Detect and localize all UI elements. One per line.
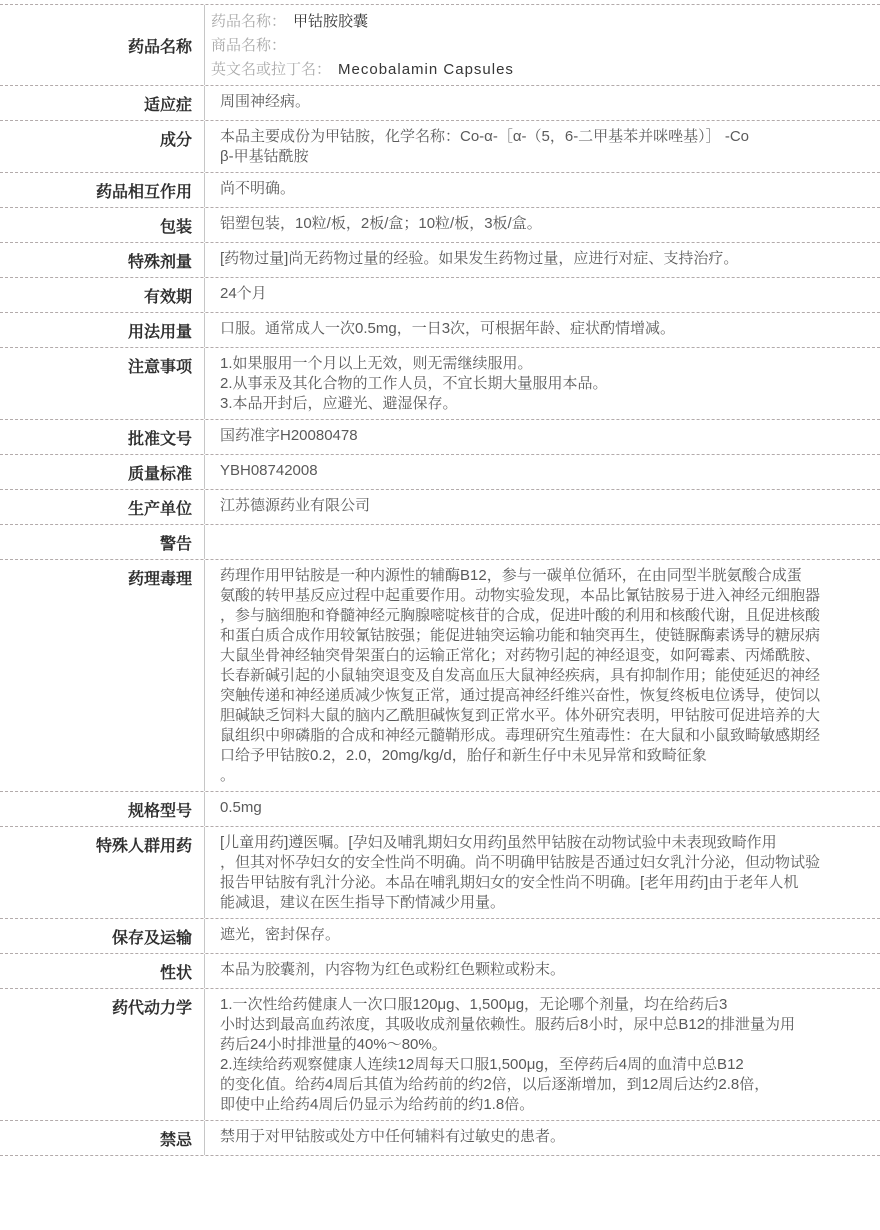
row-label: 药品相互作用 xyxy=(0,173,205,207)
table-row-storage-transport: 保存及运输 遮光，密封保存。 xyxy=(0,919,880,954)
row-content: 0.5mg xyxy=(205,792,880,826)
table-row-contraindications: 禁忌 禁用于对甲钴胺或处方中任何辅料有过敏史的患者。 xyxy=(0,1121,880,1156)
row-content: 本品为胶囊剂，内容物为红色或粉红色颗粒或粉末。 xyxy=(205,954,880,988)
row-content: 本品主要成份为甲钴胺，化学名称：Co-α-［α-（5，6-二甲基苯并咪唑基）］ … xyxy=(205,121,880,172)
row-label: 用法用量 xyxy=(0,313,205,347)
row-label-text: 药品名称 xyxy=(128,34,192,57)
row-content: 1.如果服用一个月以上无效，则无需继续服用。 2.从事汞及其化合物的工作人员，不… xyxy=(205,348,880,419)
field-key: 药品名称： xyxy=(211,13,286,30)
row-label: 质量标准 xyxy=(0,455,205,489)
row-label: 包装 xyxy=(0,208,205,242)
table-row-manufacturer: 生产单位 江苏德源药业有限公司 xyxy=(0,490,880,525)
table-row-quality-standard: 质量标准 YBH08742008 xyxy=(0,455,880,490)
row-label: 成分 xyxy=(0,121,205,172)
row-content: [药物过量]尚无药物过量的经验。如果发生药物过量，应进行对症、支持治疗。 xyxy=(205,243,880,277)
field-value: Mecobalamin Capsules xyxy=(338,61,514,78)
row-content: 铝塑包装，10粒/板，2板/盒；10粒/板，3板/盒。 xyxy=(205,208,880,242)
row-content: 江苏德源药业有限公司 xyxy=(205,490,880,524)
table-row-specification: 规格型号 0.5mg xyxy=(0,792,880,827)
table-row-special-dose: 特殊剂量 [药物过量]尚无药物过量的经验。如果发生药物过量，应进行对症、支持治疗… xyxy=(0,243,880,278)
row-content: 24个月 xyxy=(205,278,880,312)
table-row-pharmacology-toxicology: 药理毒理 药理作用甲钴胺是一种内源性的辅酶B12，参与一碳单位循环，在由同型半胱… xyxy=(0,560,880,792)
table-row-dosage: 用法用量 口服。通常成人一次0.5mg，一日3次，可根据年龄、症状酌情增减。 xyxy=(0,313,880,348)
row-content: 周围神经病。 xyxy=(205,86,880,120)
row-content: 药品名称：甲钴胺胶囊 商品名称： 英文名或拉丁名：Mecobalamin Cap… xyxy=(205,5,880,85)
row-content: 1.一次性给药健康人一次口服120μg、1,500μg，无论哪个剂量，均在给药后… xyxy=(205,989,880,1120)
field-key: 商品名称： xyxy=(211,37,286,54)
row-label: 性状 xyxy=(0,954,205,988)
row-label: 药代动力学 xyxy=(0,989,205,1120)
table-row-indications: 适应症 周围神经病。 xyxy=(0,86,880,121)
row-label: 保存及运输 xyxy=(0,919,205,953)
row-content: 国药准字H20080478 xyxy=(205,420,880,454)
row-content: 口服。通常成人一次0.5mg，一日3次，可根据年龄、症状酌情增减。 xyxy=(205,313,880,347)
row-content: 药理作用甲钴胺是一种内源性的辅酶B12，参与一碳单位循环，在由同型半胱氨酸合成蛋… xyxy=(205,560,880,791)
field-key: 英文名或拉丁名： xyxy=(211,61,331,78)
row-label: 有效期 xyxy=(0,278,205,312)
row-content: YBH08742008 xyxy=(205,455,880,489)
row-label: 特殊人群用药 xyxy=(0,827,205,918)
drug-info-table: 药品名称 药品名称：甲钴胺胶囊 商品名称： 英文名或拉丁名：Mecobalami… xyxy=(0,4,880,1156)
row-label: 警告 xyxy=(0,525,205,559)
row-content: [儿童用药]遵医嘱。[孕妇及哺乳期妇女用药]虽然甲钴胺在动物试验中未表现致畸作用… xyxy=(205,827,880,918)
table-row-ingredients: 成分 本品主要成份为甲钴胺，化学名称：Co-α-［α-（5，6-二甲基苯并咪唑基… xyxy=(0,121,880,173)
table-row-drug-name: 药品名称 药品名称：甲钴胺胶囊 商品名称： 英文名或拉丁名：Mecobalami… xyxy=(0,5,880,86)
row-label: 适应症 xyxy=(0,86,205,120)
row-content: 尚不明确。 xyxy=(205,173,880,207)
table-row-approval-number: 批准文号 国药准字H20080478 xyxy=(0,420,880,455)
row-label: 注意事项 xyxy=(0,348,205,419)
table-row-packaging: 包装 铝塑包装，10粒/板，2板/盒；10粒/板，3板/盒。 xyxy=(0,208,880,243)
table-row-description: 性状 本品为胶囊剂，内容物为红色或粉红色颗粒或粉末。 xyxy=(0,954,880,989)
row-label: 规格型号 xyxy=(0,792,205,826)
field-value: 甲钴胺胶囊 xyxy=(293,13,368,30)
row-label: 药品名称 xyxy=(0,5,205,85)
row-content xyxy=(205,525,880,559)
trade-name-line: 商品名称： xyxy=(211,34,868,58)
table-row-precautions: 注意事项 1.如果服用一个月以上无效，则无需继续服用。 2.从事汞及其化合物的工… xyxy=(0,348,880,420)
table-row-shelf-life: 有效期 24个月 xyxy=(0,278,880,313)
drug-name-line: 药品名称：甲钴胺胶囊 xyxy=(211,10,868,34)
row-label: 生产单位 xyxy=(0,490,205,524)
table-row-drug-interactions: 药品相互作用 尚不明确。 xyxy=(0,173,880,208)
row-content: 遮光，密封保存。 xyxy=(205,919,880,953)
table-row-warning: 警告 xyxy=(0,525,880,560)
english-name-line: 英文名或拉丁名：Mecobalamin Capsules xyxy=(211,58,868,82)
row-content: 禁用于对甲钴胺或处方中任何辅料有过敏史的患者。 xyxy=(205,1121,880,1155)
row-label: 药理毒理 xyxy=(0,560,205,791)
table-row-special-populations: 特殊人群用药 [儿童用药]遵医嘱。[孕妇及哺乳期妇女用药]虽然甲钴胺在动物试验中… xyxy=(0,827,880,919)
row-label: 特殊剂量 xyxy=(0,243,205,277)
row-label: 批准文号 xyxy=(0,420,205,454)
table-row-pharmacokinetics: 药代动力学 1.一次性给药健康人一次口服120μg、1,500μg，无论哪个剂量… xyxy=(0,989,880,1121)
row-label: 禁忌 xyxy=(0,1121,205,1155)
